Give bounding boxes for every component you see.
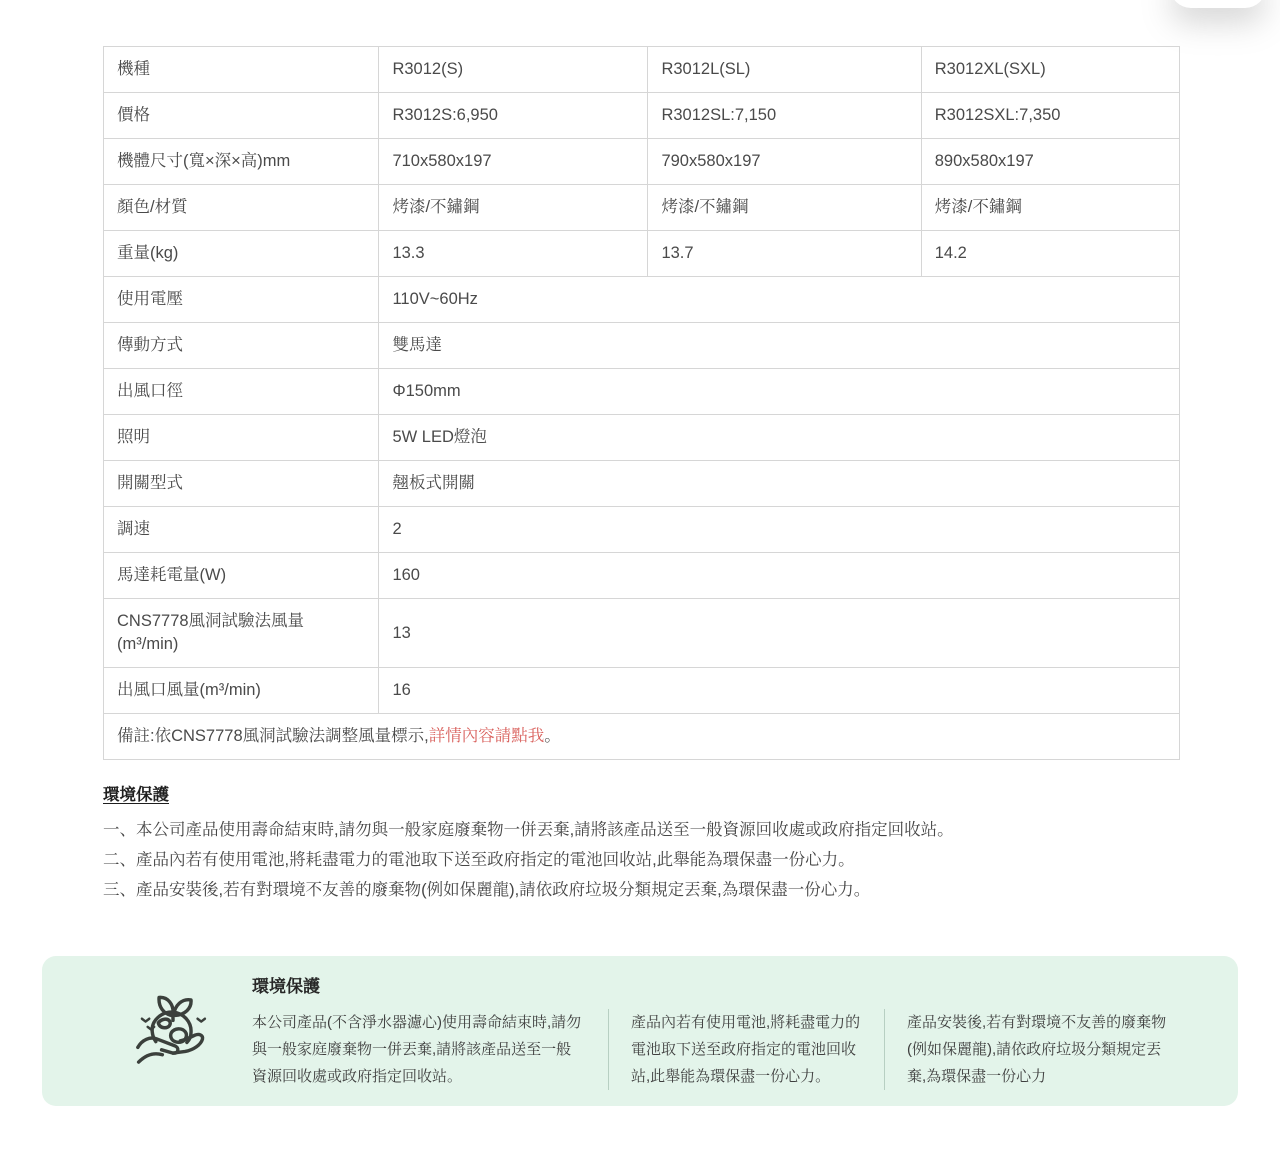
table-row-model: 機種 R3012(S) R3012L(SL) R3012XL(SXL) bbox=[104, 47, 1180, 93]
env-item-2: 二、產品內若有使用電池,將耗盡電力的電池取下送至政府指定的電池回收站,此舉能為環… bbox=[103, 850, 1203, 871]
spec-label-cell: 出風口風量(m³/min) bbox=[104, 668, 379, 714]
hand-holding-earth-icon bbox=[128, 985, 218, 1077]
env-protection-heading: 環境保護 bbox=[103, 781, 1203, 805]
spec-label-cell: 重量(kg) bbox=[104, 231, 379, 277]
spec-label-cell: 顏色/材質 bbox=[104, 185, 379, 231]
spec-value-cell: 雙馬達 bbox=[379, 323, 1180, 369]
note-suffix: 。 bbox=[544, 727, 561, 745]
spec-value-cell: 烤漆/不鏽鋼 bbox=[648, 185, 921, 231]
product-spec-page: 機種 R3012(S) R3012L(SL) R3012XL(SXL) 價格 R… bbox=[0, 0, 1280, 1150]
spec-value-cell: 110V~60Hz bbox=[379, 277, 1180, 323]
spec-label-cell: 傳動方式 bbox=[104, 323, 379, 369]
spec-value-cell: Φ150mm bbox=[379, 369, 1180, 415]
spec-label-cell: 價格 bbox=[104, 93, 379, 139]
table-row-weight: 重量(kg) 13.3 13.7 14.2 bbox=[104, 231, 1180, 277]
spec-value-cell: 13 bbox=[379, 599, 1180, 668]
env-protection-section: 環境保護 一、本公司產品使用壽命結束時,請勿與一般家庭廢棄物一併丟棄,請將該產品… bbox=[103, 781, 1203, 910]
table-row-outlet-airflow: 出風口風量(m³/min) 16 bbox=[104, 668, 1180, 714]
spec-label-line2: (m³/min) bbox=[117, 633, 365, 656]
table-row-note: 備註:依CNS7778風洞試驗法調整風量標示,詳情內容請點我。 bbox=[104, 714, 1180, 760]
spec-value-cell: R3012XL(SXL) bbox=[921, 47, 1179, 93]
table-row-lighting: 照明 5W LED燈泡 bbox=[104, 415, 1180, 461]
spec-value-cell: 13.7 bbox=[648, 231, 921, 277]
spec-label-cell: 使用電壓 bbox=[104, 277, 379, 323]
table-row-price: 價格 R3012S:6,950 R3012SL:7,150 R3012SXL:7… bbox=[104, 93, 1180, 139]
spec-value-cell: 160 bbox=[379, 553, 1180, 599]
spec-label-cell: 調速 bbox=[104, 507, 379, 553]
spec-value-cell: 710x580x197 bbox=[379, 139, 648, 185]
table-row-switch-type: 開關型式 翹板式開關 bbox=[104, 461, 1180, 507]
table-row-cns-airflow: CNS7778風洞試驗法風量 (m³/min) 13 bbox=[104, 599, 1180, 668]
spec-value-cell: R3012(S) bbox=[379, 47, 648, 93]
spec-label-cell: 出風口徑 bbox=[104, 369, 379, 415]
env-protection-banner: 環境保護 本公司產品(不含淨水器濾心)使用壽命結束時,請勿與一般家庭廢棄物一併丟… bbox=[42, 956, 1238, 1106]
table-row-speed: 調速 2 bbox=[104, 507, 1180, 553]
table-row-color-material: 顏色/材質 烤漆/不鏽鋼 烤漆/不鏽鋼 烤漆/不鏽鋼 bbox=[104, 185, 1180, 231]
spec-label-line1: CNS7778風洞試驗法風量 bbox=[117, 610, 365, 633]
table-row-outlet-diameter: 出風口徑 Φ150mm bbox=[104, 369, 1180, 415]
spec-value-cell: R3012S:6,950 bbox=[379, 93, 648, 139]
banner-body: 環境保護 本公司產品(不含淨水器濾心)使用壽命結束時,請勿與一般家庭廢棄物一併丟… bbox=[252, 972, 1238, 1090]
banner-column-3: 產品安裝後,若有對環境不友善的廢棄物(例如保麗龍),請依政府垃圾分類規定丟棄,為… bbox=[884, 1009, 1174, 1090]
spec-value-cell: 890x580x197 bbox=[921, 139, 1179, 185]
banner-column-2: 產品內若有使用電池,將耗盡電力的電池取下送至政府指定的電池回收站,此舉能為環保盡… bbox=[608, 1009, 884, 1090]
spec-value-cell: 烤漆/不鏽鋼 bbox=[921, 185, 1179, 231]
table-row-drive: 傳動方式 雙馬達 bbox=[104, 323, 1180, 369]
spec-table: 機種 R3012(S) R3012L(SL) R3012XL(SXL) 價格 R… bbox=[103, 46, 1180, 760]
spec-value-cell: R3012L(SL) bbox=[648, 47, 921, 93]
spec-label-cell: 照明 bbox=[104, 415, 379, 461]
note-detail-link[interactable]: 詳情內容請點我 bbox=[429, 727, 545, 745]
note-text: 備註:依CNS7778風洞試驗法調整風量標示, bbox=[117, 727, 429, 745]
spec-value-cell: 14.2 bbox=[921, 231, 1179, 277]
banner-columns: 本公司產品(不含淨水器濾心)使用壽命結束時,請勿與一般家庭廢棄物一併丟棄,請將該… bbox=[252, 1009, 1198, 1090]
note-cell: 備註:依CNS7778風洞試驗法調整風量標示,詳情內容請點我。 bbox=[104, 714, 1180, 760]
floating-widget-shadow bbox=[1170, 0, 1266, 8]
spec-value-cell: 翹板式開關 bbox=[379, 461, 1180, 507]
spec-label-cell: CNS7778風洞試驗法風量 (m³/min) bbox=[104, 599, 379, 668]
spec-label-cell: 機種 bbox=[104, 47, 379, 93]
table-row-dimensions: 機體尺寸(寬×深×高)mm 710x580x197 790x580x197 89… bbox=[104, 139, 1180, 185]
table-row-motor-power: 馬達耗電量(W) 160 bbox=[104, 553, 1180, 599]
spec-value-cell: 13.3 bbox=[379, 231, 648, 277]
spec-value-cell: 烤漆/不鏽鋼 bbox=[379, 185, 648, 231]
spec-value-cell: 2 bbox=[379, 507, 1180, 553]
spec-value-cell: 790x580x197 bbox=[648, 139, 921, 185]
banner-title: 環境保護 bbox=[252, 972, 1198, 997]
env-item-1: 一、本公司產品使用壽命結束時,請勿與一般家庭廢棄物一併丟棄,請將該產品送至一般資… bbox=[103, 820, 1203, 841]
spec-value-cell: 16 bbox=[379, 668, 1180, 714]
spec-value-cell: R3012SXL:7,350 bbox=[921, 93, 1179, 139]
banner-column-1: 本公司產品(不含淨水器濾心)使用壽命結束時,請勿與一般家庭廢棄物一併丟棄,請將該… bbox=[252, 1009, 608, 1090]
spec-value-cell: 5W LED燈泡 bbox=[379, 415, 1180, 461]
table-row-voltage: 使用電壓 110V~60Hz bbox=[104, 277, 1180, 323]
spec-value-cell: R3012SL:7,150 bbox=[648, 93, 921, 139]
spec-label-cell: 馬達耗電量(W) bbox=[104, 553, 379, 599]
spec-label-cell: 機體尺寸(寬×深×高)mm bbox=[104, 139, 379, 185]
env-item-3: 三、產品安裝後,若有對環境不友善的廢棄物(例如保麗龍),請依政府垃圾分類規定丟棄… bbox=[103, 880, 1203, 901]
spec-label-cell: 開關型式 bbox=[104, 461, 379, 507]
